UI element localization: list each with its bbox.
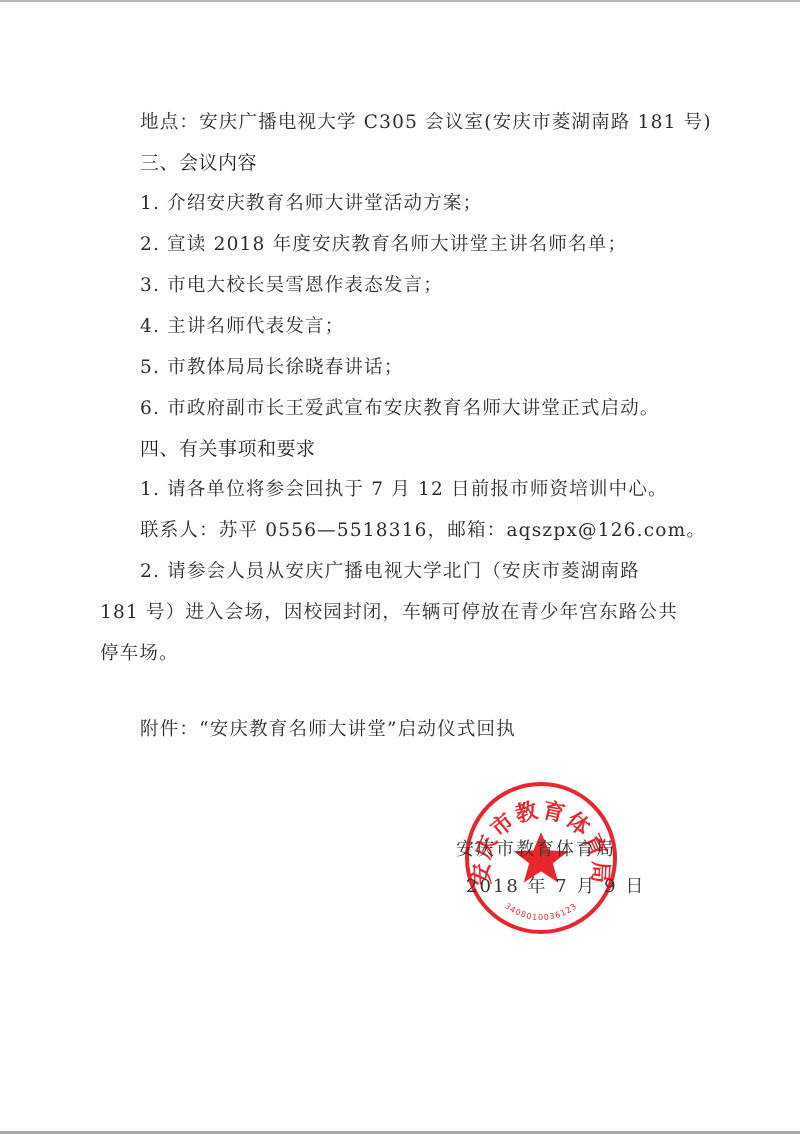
- agenda-item-6: 6. 市政府副市长王爱武宣布安庆教育名师大讲堂正式启动。: [140, 398, 660, 420]
- document-page: 地点：安庆广播电视大学 C305 会议室(安庆市菱湖南路 181 号) 三、会议…: [0, 0, 800, 1134]
- location-line: 地点：安庆广播电视大学 C305 会议室(安庆市菱湖南路 181 号): [140, 112, 712, 134]
- seal-serial-text: 3408010036123: [503, 901, 579, 922]
- section-three-heading: 三、会议内容: [140, 152, 257, 174]
- svg-text:3408010036123: 3408010036123: [503, 901, 579, 922]
- agenda-item-3: 3. 市电大校长吴雪恩作表态发言；: [140, 275, 443, 297]
- signature-date: 2018 年 7 月 9 日: [466, 876, 645, 898]
- requirement-item-2-line-1: 2. 请参会人员从安庆广播电视大学北门（安庆市菱湖南路: [140, 561, 640, 583]
- contact-line: 联系人：苏平 0556—5518316，邮箱：aqszpx@126.com。: [140, 520, 706, 542]
- requirement-item-2-line-3: 停车场。: [100, 643, 179, 665]
- requirement-item-2-line-2: 181 号）进入会场，因校园封闭，车辆可停放在青少年宫东路公共: [100, 602, 678, 624]
- section-four-heading: 四、有关事项和要求: [140, 438, 316, 460]
- requirement-item-1: 1. 请各单位将参会回执于 7 月 12 日前报市师资培训中心。: [140, 479, 668, 501]
- agenda-item-2: 2. 宣读 2018 年度安庆教育名师大讲堂主讲名师名单；: [140, 234, 627, 256]
- signature-organization: 安庆市教育体育局: [456, 839, 616, 861]
- agenda-item-1: 1. 介绍安庆教育名师大讲堂活动方案；: [140, 193, 482, 215]
- agenda-item-4: 4. 主讲名师代表发言；: [140, 316, 344, 338]
- agenda-item-5: 5. 市教体局局长徐晓春讲话；: [140, 357, 404, 379]
- attachment-line: 附件：“安庆教育名师大讲堂”启动仪式回执: [140, 719, 516, 741]
